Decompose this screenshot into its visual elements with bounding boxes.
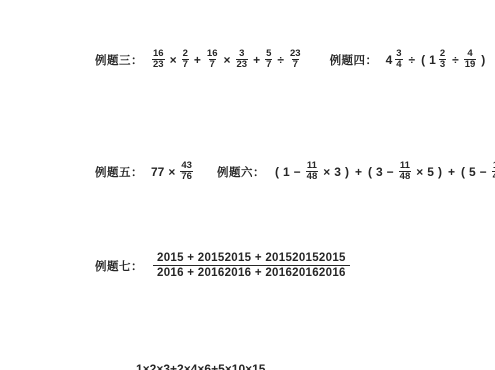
- fraction-denominator: 48: [399, 171, 412, 182]
- math-expression: 434÷(123÷419): [385, 49, 489, 71]
- fraction-denominator: 23: [152, 59, 165, 70]
- problem-label: 例题三：: [95, 52, 143, 68]
- operator: ×: [416, 165, 423, 179]
- fraction-denominator: 7: [292, 59, 299, 70]
- fraction: 1148: [306, 161, 319, 183]
- operator: ÷: [409, 53, 416, 67]
- fraction-numerator: 3: [395, 49, 402, 59]
- operator: ÷: [452, 53, 459, 67]
- math-expression: 77×4376: [150, 161, 195, 183]
- fraction-denominator: 23: [236, 59, 249, 70]
- math-expression: 2015 + 20152015 + 2015201520152016 + 201…: [150, 251, 353, 281]
- fraction-numerator: 2: [182, 49, 189, 59]
- operator: ): [481, 53, 485, 67]
- problem-example-7: 例题七： 2015 + 20152015 + 2015201520152016 …: [95, 251, 353, 281]
- problem-label: 例题七：: [95, 258, 143, 274]
- fraction: 57: [265, 49, 272, 71]
- fraction-numerator: 3: [238, 49, 245, 59]
- operator: (: [275, 165, 279, 179]
- worksheet-row-3: 例题七： 2015 + 20152015 + 2015201520152016 …: [95, 251, 353, 281]
- number: 1: [283, 165, 290, 179]
- fraction-numerator: 16: [152, 49, 165, 59]
- fraction: 1623: [152, 49, 165, 71]
- operator: (: [421, 53, 425, 67]
- fraction-numerator: 4: [466, 49, 473, 59]
- fraction-denominator: 7: [182, 59, 189, 70]
- operator: ×: [223, 53, 230, 67]
- fraction-numerator: 16: [206, 49, 219, 59]
- fraction: 27: [182, 49, 189, 71]
- number: 1×2×3+2×4×6+5×10×15: [136, 362, 265, 370]
- fraction: 34: [395, 49, 402, 71]
- fraction-numerator: 43: [180, 161, 193, 171]
- number: 5: [469, 165, 476, 179]
- operator: (: [368, 165, 372, 179]
- operator: +: [448, 165, 455, 179]
- fraction: 1148: [492, 161, 495, 183]
- operator: ): [438, 165, 442, 179]
- problem-label: 例题四：: [330, 52, 378, 68]
- fraction: 167: [206, 49, 219, 71]
- operator: ×: [170, 53, 177, 67]
- fraction-denominator: 3: [439, 59, 446, 70]
- worksheet-row-2: 例题五： 77×4376 例题六： (1−1148×3)+(3−1148×5)+…: [95, 161, 495, 183]
- math-expression: 1623×27+167×323+57÷237: [150, 49, 304, 71]
- fraction-numerator: 11: [306, 161, 318, 171]
- fraction-numerator: 2: [439, 49, 446, 59]
- math-expression: 1×2×3+2×4×6+5×10×15: [135, 362, 266, 370]
- operator: ): [345, 165, 349, 179]
- fraction: 2015 + 20152015 + 2015201520152016 + 201…: [153, 251, 350, 281]
- operator: +: [253, 53, 260, 67]
- whole-number: 4: [386, 53, 393, 67]
- problem-label: 例题五：: [95, 164, 143, 180]
- number: 5: [427, 165, 434, 179]
- fraction-numerator: 2015 + 20152015 + 201520152015: [153, 251, 350, 265]
- problem-example-5: 例题五： 77×4376: [95, 161, 195, 183]
- fraction-denominator: 19: [464, 59, 477, 70]
- problem-example-6: 例题六： (1−1148×3)+(3−1148×5)+(5−1148×7): [217, 161, 495, 183]
- fraction: 1148: [399, 161, 412, 183]
- number: 3: [334, 165, 341, 179]
- worksheet-row-1: 例题三： 1623×27+167×323+57÷237 例题四： 434÷(12…: [95, 49, 488, 71]
- fraction-denominator: 48: [306, 171, 319, 182]
- problem-example-4: 例题四： 434÷(123÷419): [330, 49, 489, 71]
- operator: −: [480, 165, 487, 179]
- fraction-denominator: 48: [492, 171, 495, 182]
- problem-example-3: 例题三： 1623×27+167×323+57÷237: [95, 49, 304, 71]
- number: 77: [151, 165, 164, 179]
- operator: +: [355, 165, 362, 179]
- fraction: 237: [289, 49, 302, 71]
- fraction-denominator: 7: [265, 59, 272, 70]
- mixed-number: 434: [386, 49, 405, 71]
- fraction: 419: [464, 49, 477, 71]
- fraction-denominator: 2016 + 20162016 + 201620162016: [153, 265, 350, 280]
- operator: ×: [168, 165, 175, 179]
- operator: (: [461, 165, 465, 179]
- problem-partial-bottom: 1×2×3+2×4×6+5×10×15: [135, 362, 266, 370]
- operator: +: [194, 53, 201, 67]
- fraction-numerator: 5: [265, 49, 272, 59]
- operator: −: [387, 165, 394, 179]
- fraction-numerator: 11: [399, 161, 411, 171]
- worksheet-row-4-clipped: 1×2×3+2×4×6+5×10×15: [135, 362, 266, 370]
- math-expression: (1−1148×3)+(3−1148×5)+(5−1148×7): [272, 161, 495, 183]
- problem-label: 例题六：: [217, 164, 265, 180]
- fraction: 4376: [180, 161, 193, 183]
- whole-number: 1: [429, 53, 436, 67]
- operator: ×: [323, 165, 330, 179]
- mixed-number: 123: [429, 49, 448, 71]
- fraction: 23: [439, 49, 446, 71]
- number: 3: [376, 165, 383, 179]
- operator: ÷: [277, 53, 284, 67]
- fraction-denominator: 7: [209, 59, 216, 70]
- fraction: 323: [236, 49, 249, 71]
- fraction-denominator: 4: [395, 59, 402, 70]
- fraction-denominator: 76: [180, 171, 193, 182]
- operator: −: [294, 165, 301, 179]
- fraction-numerator: 23: [289, 49, 302, 59]
